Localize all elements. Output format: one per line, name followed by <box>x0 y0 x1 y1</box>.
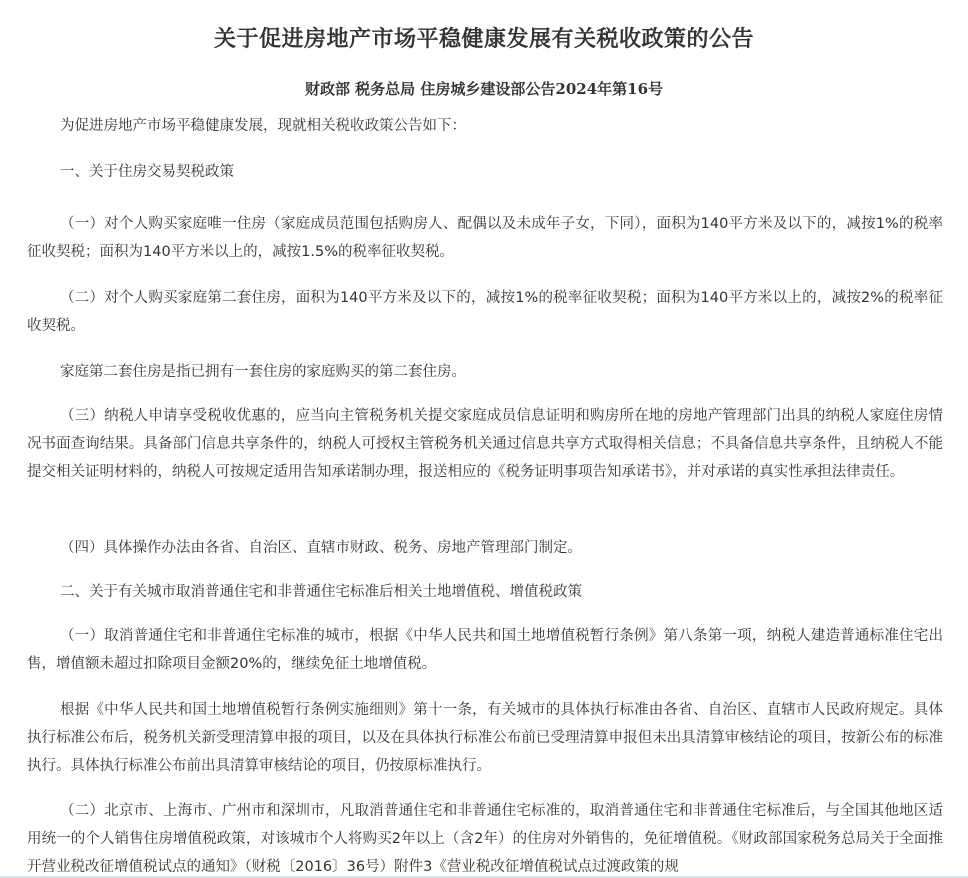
section-heading-1: 一、关于住房交易契税政策 <box>27 158 943 186</box>
section-heading-2: 二、关于有关城市取消普通住宅和非普通住宅标准后相关土地增值税、增值税政策 <box>27 578 943 606</box>
paragraph-1-2-note: 家庭第二套住房是指已拥有一套住房的家庭购买的第二套住房。 <box>27 358 943 386</box>
paragraph-2-1: （一）取消普通住宅和非普通住宅标准的城市，根据《中华人民共和国土地增值税暂行条例… <box>27 622 943 678</box>
paragraph-1-3: （三）纳税人申请享受税收优惠的，应当向主管税务机关提交家庭成员信息证明和购房所在… <box>27 402 943 486</box>
paragraph-2-1-note: 根据《中华人民共和国土地增值税暂行条例实施细则》第十一条，有关城市的具体执行标准… <box>27 696 943 780</box>
paragraph-1-2: （二）对个人购买家庭第二套住房，面积为140平方米及以下的，减按1%的税率征收契… <box>27 284 943 340</box>
document-number: 财政部 税务总局 住房城乡建设部公告2024年第16号 <box>0 78 968 99</box>
intro-paragraph: 为促进房地产市场平稳健康发展，现就相关税收政策公告如下： <box>27 112 943 140</box>
page-title: 关于促进房地产市场平稳健康发展有关税收政策的公告 <box>0 22 968 53</box>
paragraph-2-2: （二）北京市、上海市、广州市和深圳市，凡取消普通住宅和非普通住宅标准的，取消普通… <box>27 797 943 878</box>
paragraph-1-4: （四）具体操作办法由各省、自治区、直辖市财政、税务、房地产管理部门制定。 <box>27 534 943 562</box>
paragraph-1-1: （一）对个人购买家庭唯一住房（家庭成员范围包括购房人、配偶以及未成年子女，下同）… <box>27 210 943 266</box>
